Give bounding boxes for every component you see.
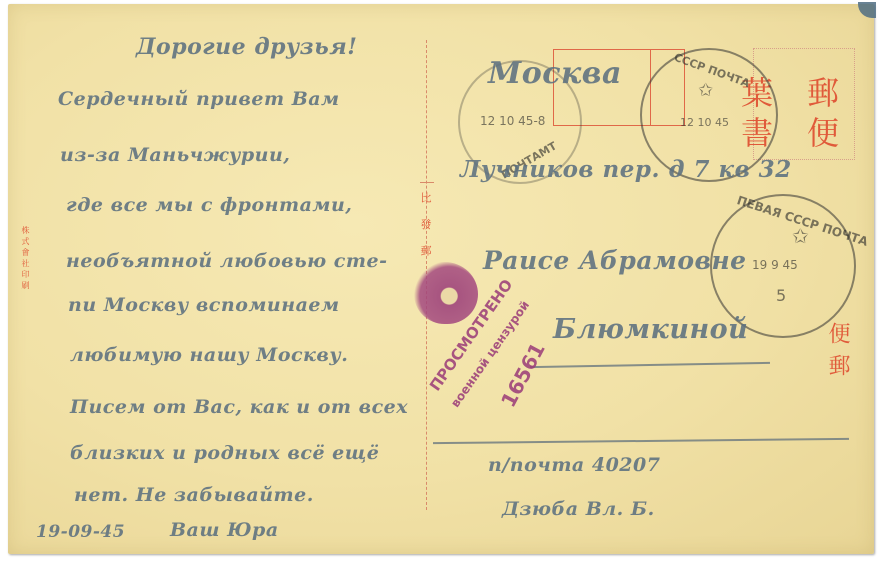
sender-field-post: п/почта 40207 [488,454,660,476]
letter-line-5: пи Москву вспоминаем [68,294,340,316]
postmark-date: 12 10 45 [680,116,729,129]
star-icon: ✩ [792,224,809,248]
star-icon: ✩ [698,80,713,101]
sender-name: Дзюба Вл. Б. [502,498,655,520]
address-street: Лучников пер. д 7 кв 32 [460,156,792,183]
postal-kanji-right: 郵便 [798,76,844,156]
letter-line-3: где все мы с фронтами, [66,194,352,216]
address-city: Москва [488,56,622,91]
letter-line-6: любимую нашу Москву. [70,344,348,366]
ink-blot [414,262,478,324]
recipient-first-name: Раисе Абрамовне [483,246,747,275]
postmark-date: 12 10 45-8 [480,114,545,128]
letter-line-1: Сердечный привет Вам [58,88,340,110]
letter-line-9: нет. Не забывайте. [74,484,314,506]
letter-date: 19-09-45 [36,522,125,542]
divider-label: 比 發 郵 [417,192,433,262]
publisher-imprint: 株式會社印刷 [20,226,31,292]
postmark-number: 5 [776,286,786,305]
recipient-last-name: Блюмкиной [553,314,748,345]
greeting: Дорогие друзья! [136,34,357,60]
censor-number: 16561 [496,339,550,412]
recipient-underline [530,362,770,368]
corner-wear [858,2,876,18]
postal-kanji-bottom: 便郵 [822,322,853,386]
letter-line-2: из-за Маньчжурии, [60,144,290,166]
divider-tick [420,182,434,183]
address-rule [433,438,849,444]
letter-line-8: близких и родных всё ещё [70,442,379,464]
postmark-date: 19 9 45 [752,258,798,272]
letter-line-7: Писем от Вас, как и от всех [70,396,408,418]
postcard: Дорогие друзья! Сердечный привет Вам из-… [8,4,874,554]
signature: Ваш Юра [170,519,279,541]
letter-line-4: необъятной любовью сте- [66,250,387,272]
